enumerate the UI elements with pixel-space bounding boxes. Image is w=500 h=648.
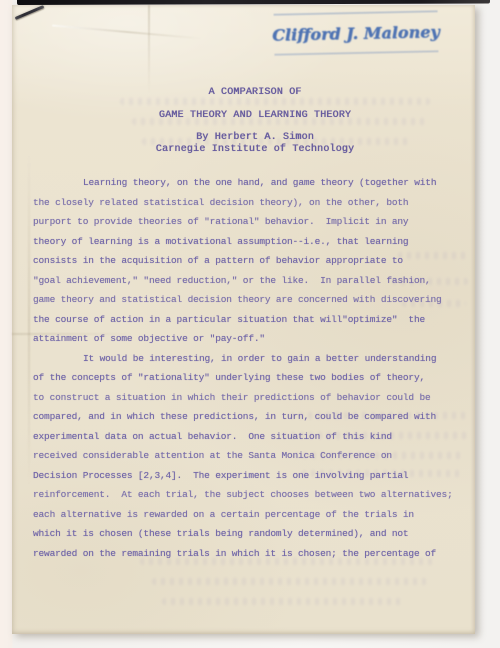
typed-line: the course of action in a particular sit… <box>33 310 477 330</box>
typed-line: attainment of some objective or "pay-off… <box>33 329 477 349</box>
manuscript-page: Clifford J. Maloney A COMPARISON OF GAME… <box>12 5 475 634</box>
paper-crease <box>52 24 202 39</box>
stamp-name: Clifford J. Maloney <box>272 22 440 45</box>
typed-line: which it is chosen (these trials being r… <box>33 524 477 544</box>
typed-line: compared, and in which these predictions… <box>33 407 477 427</box>
paper-crease <box>148 5 150 93</box>
paper-crease <box>28 155 30 485</box>
typed-line: the closely related statistical decision… <box>33 193 477 213</box>
typed-line: received considerable attention at the S… <box>33 446 477 466</box>
typed-line: theory of learning is a motivational ass… <box>33 232 477 252</box>
typed-line: rewarded on the remaining trials in whic… <box>33 544 477 564</box>
typed-line: experimental data on actual behavior. On… <box>33 427 477 447</box>
typed-line: reinforcement. At each trial, the subjec… <box>33 485 477 505</box>
typed-line: Learning theory, on the one hand, and ga… <box>33 173 477 193</box>
typed-line: game theory and statistical decision the… <box>33 290 477 310</box>
document-title-line1: A COMPARISON OF <box>33 87 477 98</box>
document-title-line2: GAME THEORY AND LEARNING THEORY <box>33 110 477 121</box>
typed-line: It would be interesting, in order to gai… <box>33 349 477 369</box>
typed-line: Decision Processes [2,3,4]. The experime… <box>33 466 477 486</box>
ownership-signature-stamp: Clifford J. Maloney <box>274 10 439 55</box>
typed-line: to construct a situation in which their … <box>33 388 477 408</box>
scanned-document-background: { "stamp": { "name": "Clifford J. Malone… <box>0 0 500 648</box>
typed-body-text: Learning theory, on the one hand, and ga… <box>33 173 477 563</box>
typed-line: "goal achievement," "need reduction," or… <box>33 271 477 291</box>
typed-line: of the concepts of "rationality" underly… <box>33 368 477 388</box>
typed-line: each alternative is rewarded on a certai… <box>33 505 477 525</box>
author-byline: By Herbert A. Simon <box>33 132 477 143</box>
typed-line: purport to provide theories of "rational… <box>33 212 477 232</box>
bleedthrough-smudge <box>120 98 430 105</box>
author-affiliation: Carnegie Institute of Technology <box>33 144 477 155</box>
bleedthrough-smudge <box>152 578 427 585</box>
bleedthrough-smudge <box>162 598 402 605</box>
typed-line: consists in the acquisition of a pattern… <box>33 251 477 271</box>
